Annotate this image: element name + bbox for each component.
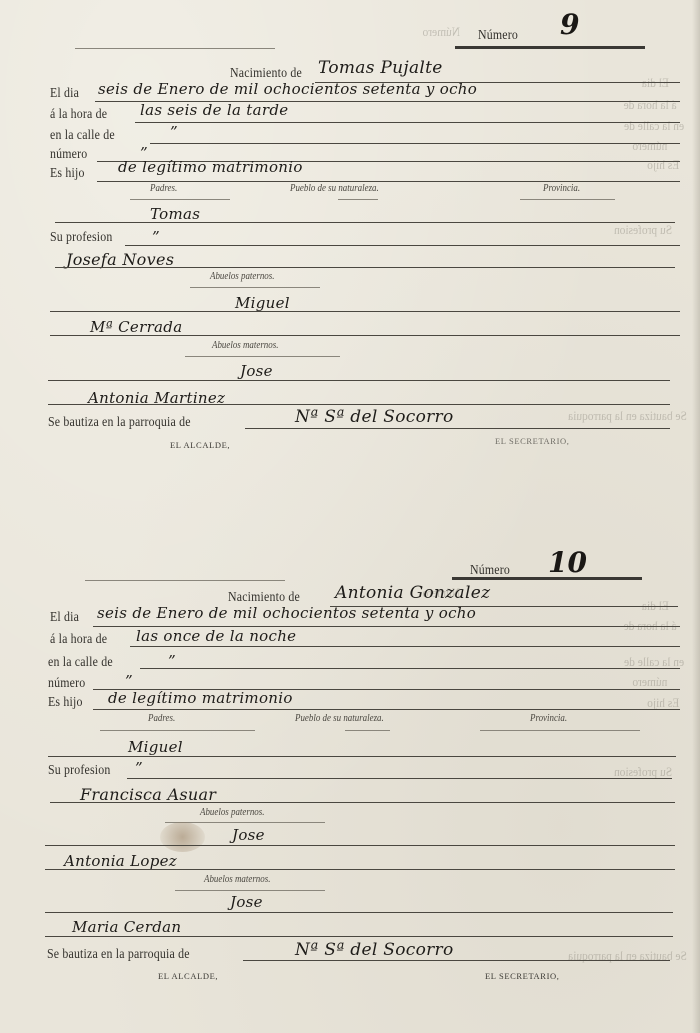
abuelos-paternos-underline <box>190 287 320 288</box>
father-name: Miguel <box>128 738 183 756</box>
parish: Nª Sª del Socorro <box>295 407 454 427</box>
numero-underline <box>452 577 642 580</box>
abuelo-paterno-line <box>50 311 680 312</box>
child-name: Antonia Gonzalez <box>335 583 490 603</box>
street-number: ” <box>125 672 133 690</box>
padres-label: Padres. <box>150 183 177 194</box>
maternal-grandfather: Jose <box>240 362 273 380</box>
maternal-grandfather: Jose <box>230 893 263 911</box>
father-name: Tomas <box>150 205 200 223</box>
abuelo-paterno-line <box>45 845 675 846</box>
street: ” <box>170 123 178 141</box>
numero-label: Número <box>470 562 510 578</box>
dia-label: El dia <box>50 85 79 101</box>
abuelo-materno-line <box>48 380 670 381</box>
abuelos-maternos-underline <box>175 890 325 891</box>
birth-date: seis de Enero de mil ochocientos setenta… <box>98 80 477 98</box>
abuelos-maternos-underline <box>185 356 340 357</box>
hijo-label: Es hijo <box>48 694 83 710</box>
abuelo-materno-line <box>45 912 673 913</box>
calle-line <box>150 143 680 144</box>
padres-label: Padres. <box>148 713 175 724</box>
secretario-label: EL SECRETARIO, <box>495 436 569 446</box>
paternal-grandfather: Jose <box>232 826 265 844</box>
bleed-parroquia-2: Se bautiza en la parroquia <box>568 948 687 964</box>
bleed-numero-calle: número <box>632 138 667 154</box>
child-name: Tomas Pujalte <box>318 58 443 78</box>
bleed-numero: Número <box>423 24 460 40</box>
alcalde-label: EL ALCALDE, <box>170 440 230 450</box>
bleed-hijo: Es hijo <box>647 157 679 173</box>
parroquia-line <box>245 428 670 429</box>
alcalde-label: EL ALCALDE, <box>158 971 218 981</box>
maternal-grandmother: Maria Cerdan <box>72 918 181 936</box>
parroquia-line <box>243 960 670 961</box>
madre-line <box>50 802 675 803</box>
profession: ” <box>152 228 160 246</box>
provincia-label: Provincia. <box>543 183 580 194</box>
calle-label: en la calle de <box>50 127 115 143</box>
bleed-hora: á la hora de <box>624 97 677 113</box>
profesion-label: Su profesion <box>48 762 111 778</box>
abuela-materna-line <box>48 404 670 405</box>
record-number: 10 <box>548 546 587 579</box>
page-edge-shadow <box>692 0 700 1033</box>
pueblo-label: Pueblo de su naturaleza. <box>295 713 384 724</box>
abuelos-maternos-label: Abuelos maternos. <box>212 340 278 351</box>
hora-line <box>135 122 680 123</box>
birth-time: las seis de la tarde <box>140 101 288 119</box>
bleed-calle: en la calle de <box>624 118 684 134</box>
profesion-label: Su profesion <box>50 229 113 245</box>
abuela-paterna-line <box>50 335 680 336</box>
nacimiento-label: Nacimiento de <box>228 589 300 605</box>
record-number: 9 <box>560 8 579 41</box>
parroquia-label: Se bautiza en la parroquia de <box>47 946 190 962</box>
abuelos-paternos-label: Abuelos paternos. <box>200 807 264 818</box>
numero-calle-label: número <box>50 146 87 162</box>
abuelos-maternos-label: Abuelos maternos. <box>204 874 270 885</box>
ink-stain <box>160 822 205 852</box>
parroquia-label: Se bautiza en la parroquia de <box>48 414 191 430</box>
padre-line <box>48 756 676 757</box>
profesion-line <box>125 245 680 246</box>
padres-underline <box>130 199 230 200</box>
bleed-el-dia: El dia <box>642 75 669 91</box>
divider <box>75 48 275 49</box>
legitimacy: de legítimo matrimonio <box>118 158 303 176</box>
birth-date: seis de Enero de mil ochocientos setenta… <box>97 604 476 622</box>
dia-label: El dia <box>50 609 79 625</box>
numero-calle-label: número <box>48 675 85 691</box>
provincia-underline <box>480 730 640 731</box>
abuela-paterna-line <box>45 869 675 870</box>
bleed-parroquia: Se bautiza en la parroquia <box>568 408 687 424</box>
numero-underline <box>455 46 645 49</box>
pueblo-underline <box>338 199 378 200</box>
hijo-label: Es hijo <box>50 165 85 181</box>
divider <box>85 580 285 581</box>
bleed-profesion: Su profesion <box>614 222 672 238</box>
parish: Nª Sª del Socorro <box>295 940 454 960</box>
pueblo-underline <box>345 730 390 731</box>
hora-label: á la hora de <box>50 631 107 647</box>
paternal-grandmother: Mª Cerrada <box>90 318 182 336</box>
abuelos-paternos-label: Abuelos paternos. <box>210 271 274 282</box>
profesion-line <box>127 778 672 779</box>
birth-time: las once de la noche <box>136 627 296 645</box>
secretario-label: EL SECRETARIO, <box>485 971 559 981</box>
calle-label: en la calle de <box>48 654 113 670</box>
numero-label: Número <box>478 27 518 43</box>
provincia-underline <box>520 199 615 200</box>
hijo-line <box>97 181 680 182</box>
legitimacy: de legítimo matrimonio <box>108 689 293 707</box>
nacimiento-label: Nacimiento de <box>230 65 302 81</box>
hora-line <box>130 646 680 647</box>
paternal-grandmother: Antonia Lopez <box>64 852 177 870</box>
pueblo-label: Pueblo de su naturaleza. <box>290 183 379 194</box>
paternal-grandfather: Miguel <box>235 294 290 312</box>
padre-line <box>55 222 675 223</box>
calle-line <box>140 668 680 669</box>
abuela-materna-line <box>45 936 673 937</box>
hijo-line <box>93 709 680 710</box>
bleed-numero-calle-2: número <box>632 674 667 690</box>
hora-label: á la hora de <box>50 106 107 122</box>
provincia-label: Provincia. <box>530 713 567 724</box>
profession: ” <box>135 759 143 777</box>
padres-underline <box>100 730 255 731</box>
madre-line <box>55 267 675 268</box>
